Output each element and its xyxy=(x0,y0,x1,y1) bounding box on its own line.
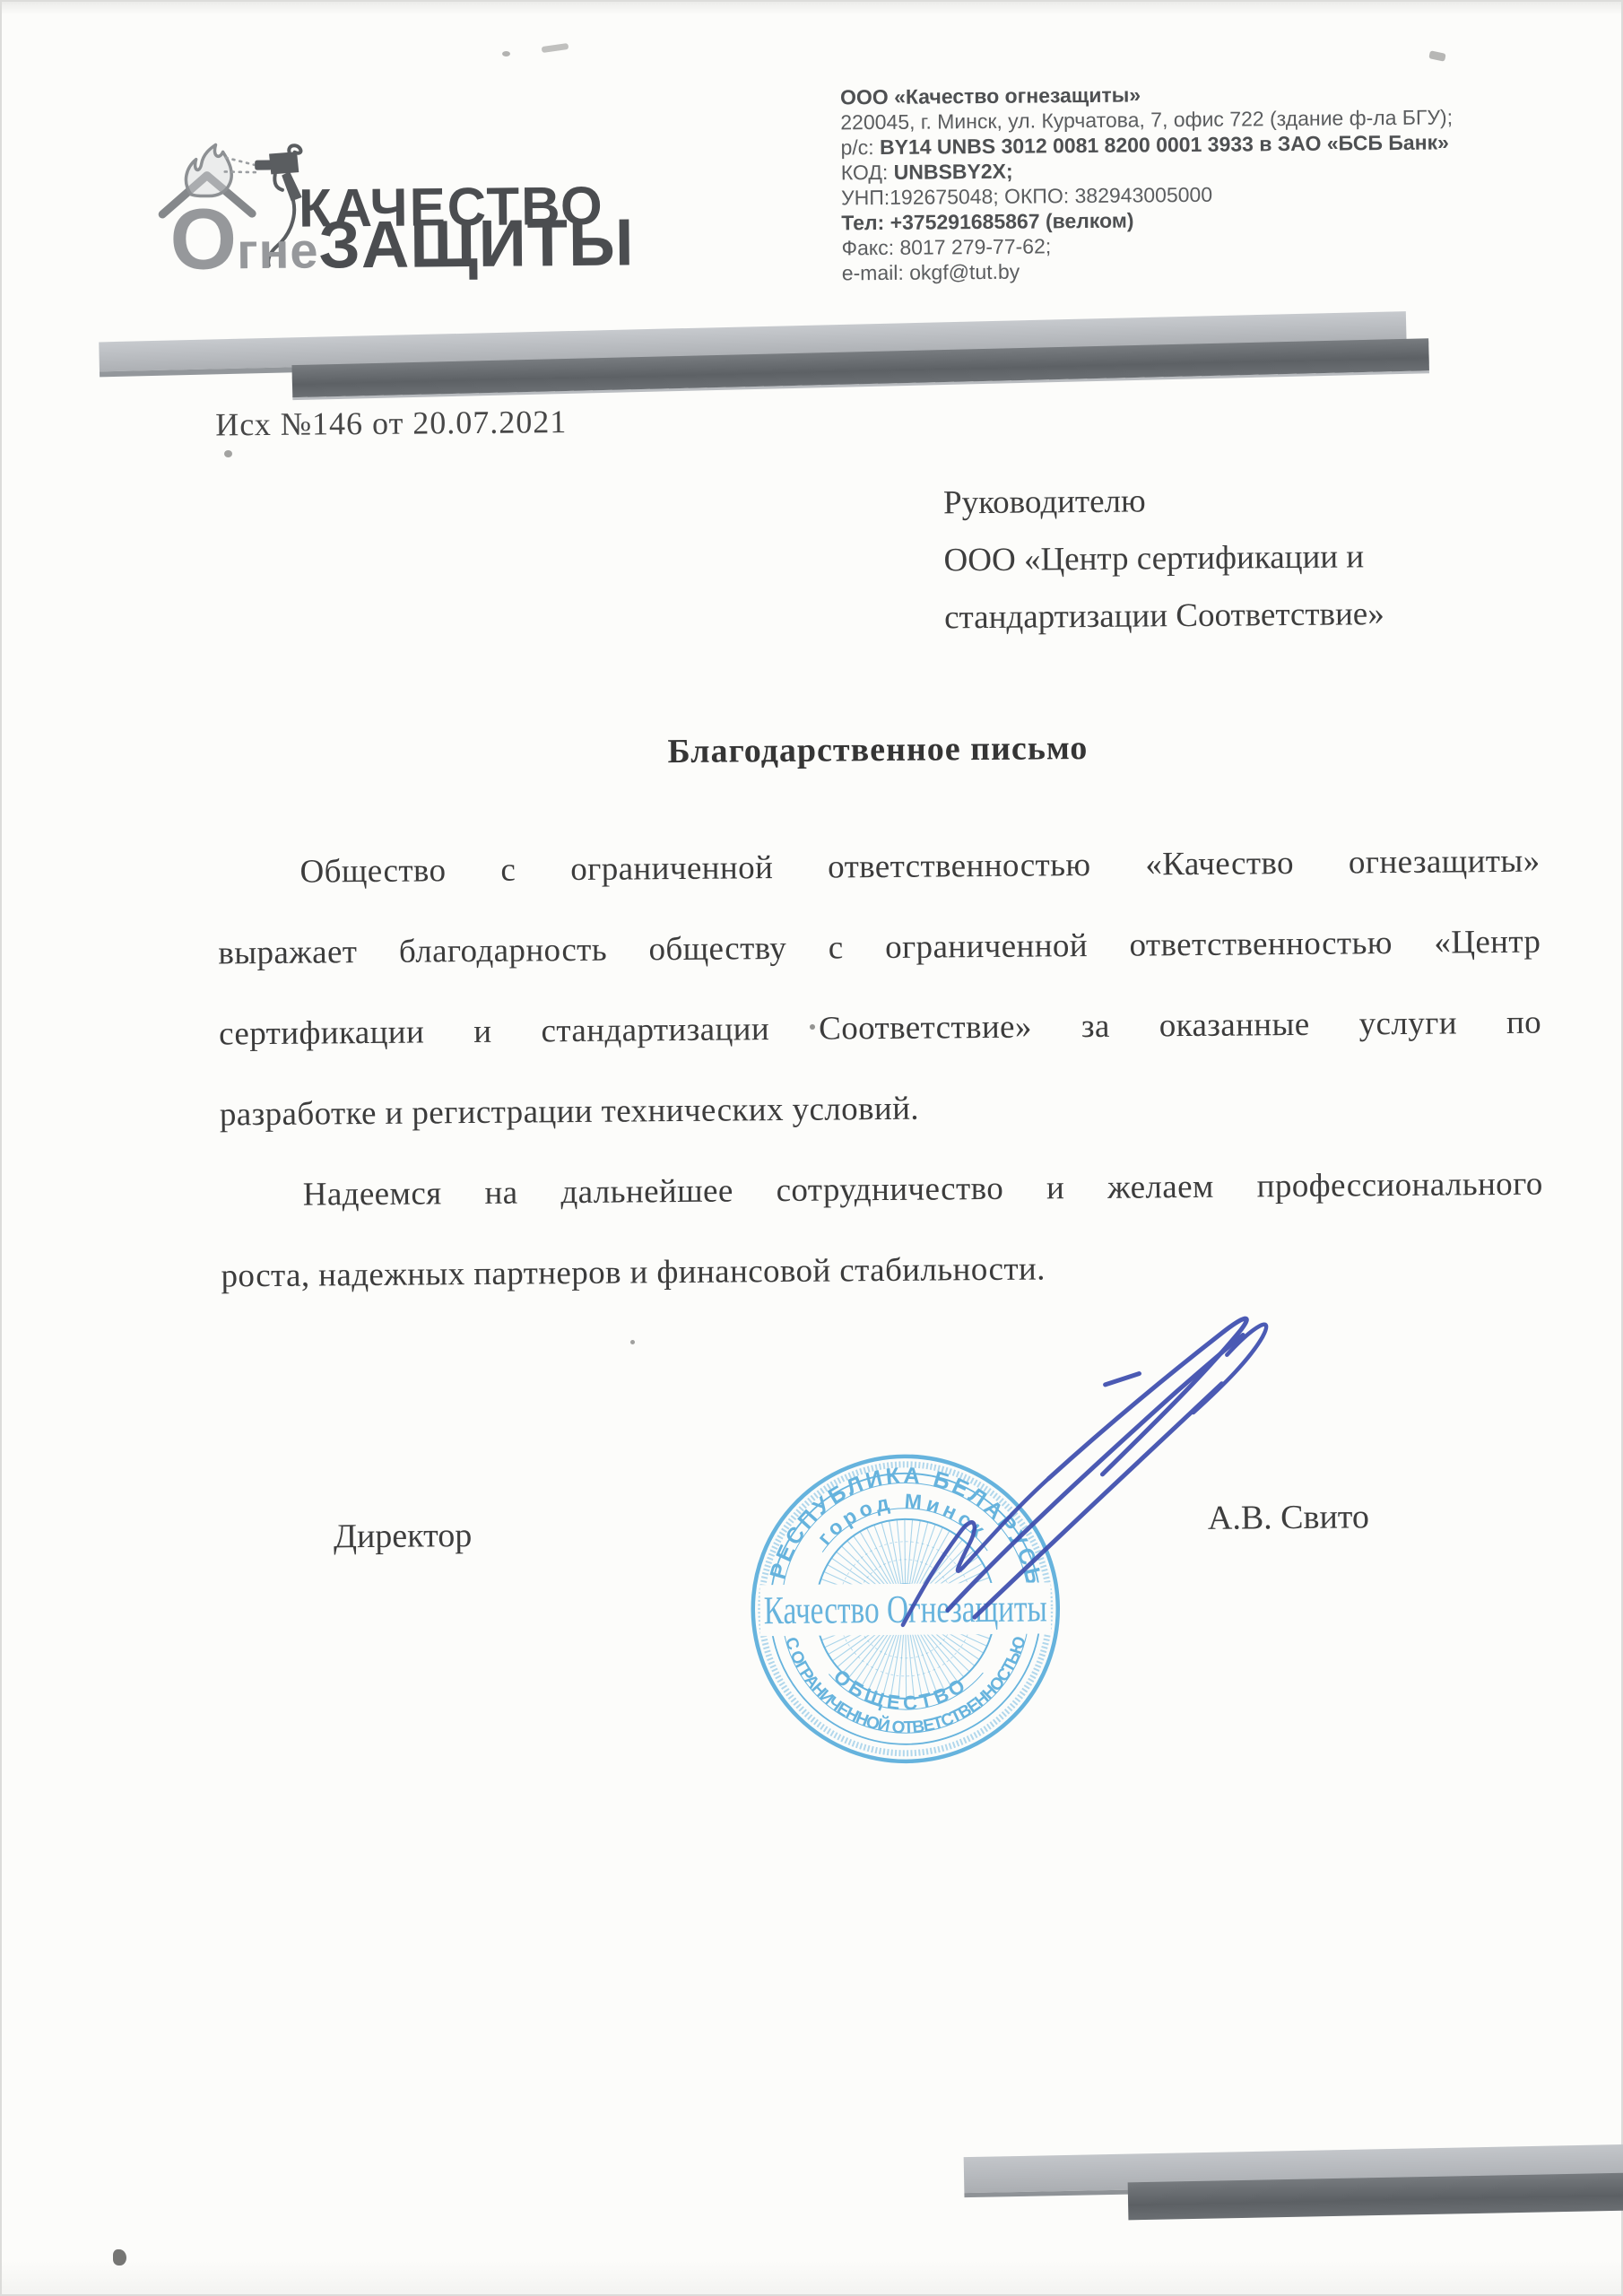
letter-body: Общество с ограниченной ответственностью… xyxy=(217,822,1544,1318)
recipient-block: Руководителю ООО «Центр сертификации и с… xyxy=(943,471,1384,647)
body-line: Надеемся на дальнейшее сотрудничество и … xyxy=(220,1144,1543,1237)
scan-speck xyxy=(630,1340,635,1344)
body-line: Общество с ограниченной ответственностью… xyxy=(217,822,1541,914)
logo-letters-gne: гне xyxy=(237,222,319,279)
scan-speck xyxy=(810,1024,815,1030)
company-logo: КАЧЕСТВО ОгнеЗАЩИТЫ xyxy=(152,132,621,307)
letter-title: Благодарственное письмо xyxy=(216,725,1539,776)
body-line: сертификации и стандартизации Соответств… xyxy=(219,983,1542,1075)
email-line: e-mail: okgf@tut.by xyxy=(842,255,1541,286)
recipient-line: ООО «Центр сертификации и xyxy=(943,528,1384,589)
logo-word-ognezashity: ОгнеЗАЩИТЫ xyxy=(169,187,635,290)
letterhead-contact-block: ООО «Качество огнезащиты» 220045, г. Мин… xyxy=(840,79,1541,286)
signer-role: Директор xyxy=(334,1516,473,1556)
scan-content: КАЧЕСТВО ОгнеЗАЩИТЫ ООО «Качество огнеза… xyxy=(0,0,1623,2296)
recipient-line: Руководителю xyxy=(943,471,1384,532)
scan-speck xyxy=(224,450,232,457)
scanned-letter-page: КАЧЕСТВО ОгнеЗАЩИТЫ ООО «Качество огнеза… xyxy=(0,0,1623,2296)
handwritten-signature xyxy=(746,1274,1306,1789)
body-line: разработке и регистрации технических усл… xyxy=(220,1064,1543,1156)
body-line: выражает благодарность обществу с ограни… xyxy=(218,902,1541,995)
outgoing-ref-line: Исх №146 от 20.07.2021 xyxy=(215,403,567,443)
logo-letter-o: О xyxy=(169,191,238,288)
logo-word-zashity: ЗАЩИТЫ xyxy=(318,204,635,282)
recipient-line: стандартизации Соответствие» xyxy=(944,586,1384,647)
scan-speck xyxy=(502,51,510,57)
scan-speck xyxy=(113,2249,126,2266)
